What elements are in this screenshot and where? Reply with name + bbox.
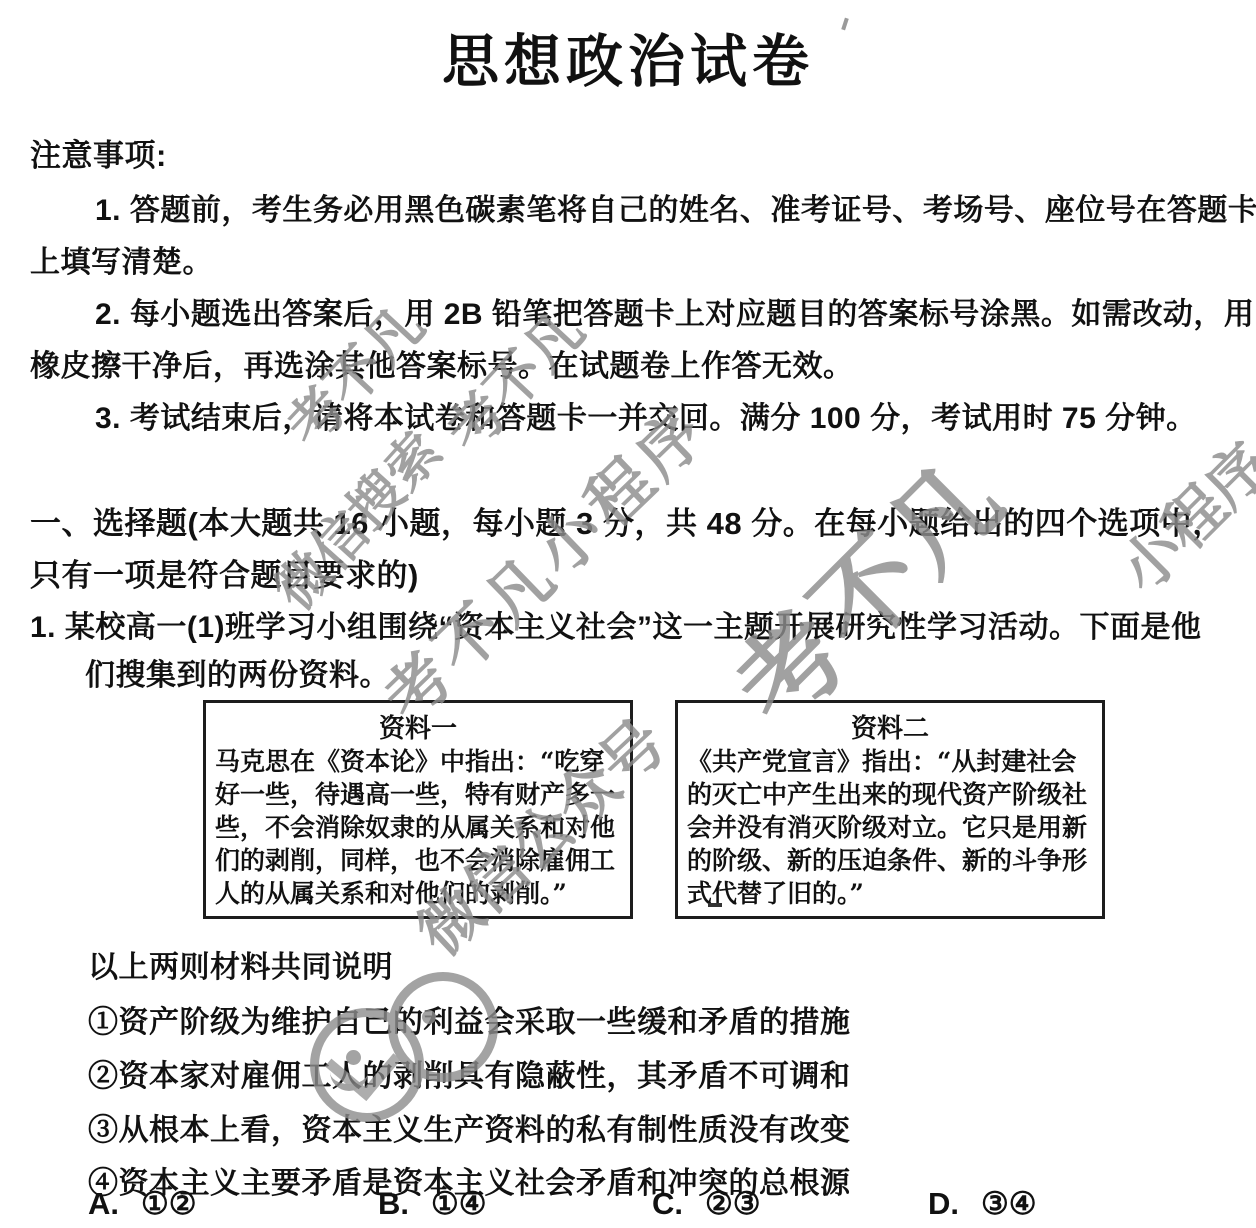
choice-a: A.①② — [88, 1186, 197, 1222]
material-1-title: 资料一 — [206, 708, 630, 745]
statement-1: ①资产阶级为维护自己的利益会采取一些缓和矛盾的措施 — [88, 997, 851, 1041]
note-2-line-2: 橡皮擦干净后，再选涂其他答案标号。在试题卷上作答无效。 — [30, 341, 854, 385]
material-1-line-2: 好一些，待遇高一些，特有财产多一 — [206, 778, 630, 811]
page-title: 思想政治试卷 — [0, 16, 1256, 98]
material-2-line-3: 会并没有消灭阶级对立。它只是用新 — [678, 811, 1102, 844]
kaobufan-logo — [302, 970, 532, 1120]
choice-c-value: ②③ — [705, 1186, 761, 1221]
section-header-line-2: 只有一项是符合题目要求的) — [30, 550, 419, 595]
material-1-line-1: 马克思在《资本论》中指出：“吃穿 — [206, 745, 630, 778]
choice-a-value: ①② — [141, 1186, 197, 1221]
material-1-line-4: 们的剥削，同样，也不会消除雇佣工 — [206, 844, 630, 877]
material-2-line-1: 《共产党宣言》指出：“从封建社会 — [678, 745, 1102, 778]
choice-d: D.③④ — [928, 1186, 1037, 1222]
choice-a-label: A. — [88, 1186, 119, 1221]
material-2-line-2: 的灭亡中产生出来的现代资产阶级社 — [678, 778, 1102, 811]
choice-d-value: ③④ — [981, 1186, 1037, 1221]
scan-artifact — [708, 903, 722, 907]
material-2-line-4: 的阶级、新的压迫条件、新的斗争形 — [678, 844, 1102, 877]
choice-d-label: D. — [928, 1186, 959, 1221]
material-1-line-5: 人的从属关系和对他们的剥削。” — [206, 877, 630, 910]
choice-b-value: ①④ — [431, 1186, 487, 1221]
material-2-title: 资料二 — [678, 708, 1102, 745]
material-1-line-3: 些，不会消除奴隶的从属关系和对他 — [206, 811, 630, 844]
choice-b: B.①④ — [378, 1186, 487, 1222]
material-2-box: 资料二 《共产党宣言》指出：“从封建社会 的灭亡中产生出来的现代资产阶级社 会并… — [675, 700, 1105, 919]
section-header-line-1: 一、选择题(本大题共 16 小题，每小题 3 分，共 48 分。在每小题给出的四… — [30, 498, 1224, 543]
question-1-stem: 以上两则材料共同说明 — [88, 942, 393, 986]
statement-3: ③从根本上看，资本主义生产资料的私有制性质没有改变 — [88, 1105, 851, 1149]
question-1-line-2: 们搜集到的两份资料。 — [85, 650, 390, 694]
note-1-line-1: 1. 答题前，考生务必用黑色碳素笔将自己的姓名、准考证号、考场号、座位号在答题卡 — [95, 185, 1256, 229]
choice-c: C.②③ — [652, 1186, 761, 1222]
note-1-line-2: 上填写清楚。 — [30, 237, 213, 281]
material-1-box: 资料一 马克思在《资本论》中指出：“吃穿 好一些，待遇高一些，特有财产多一 些，… — [203, 700, 633, 919]
choice-c-label: C. — [652, 1186, 683, 1221]
note-3-line-1: 3. 考试结束后，请将本试卷和答题卡一并交回。满分 100 分，考试用时 75 … — [95, 393, 1197, 437]
exam-paper-page: 思想政治试卷 注意事项: 1. 答题前，考生务必用黑色碳素笔将自己的姓名、准考证… — [0, 0, 1256, 1228]
notes-heading: 注意事项: — [30, 130, 167, 175]
material-2-line-5: 式代替了旧的。” — [678, 877, 1102, 910]
statement-2: ②资本家对雇佣工人的剥削具有隐蔽性，其矛盾不可调和 — [88, 1051, 851, 1095]
question-1-line-1: 1. 某校高一(1)班学习小组围绕“资本主义社会”这一主题开展研究性学习活动。下… — [30, 602, 1202, 646]
note-2-line-1: 2. 每小题选出答案后，用 2B 铅笔把答题卡上对应题目的答案标号涂黑。如需改动… — [95, 289, 1254, 333]
choice-b-label: B. — [378, 1186, 409, 1221]
